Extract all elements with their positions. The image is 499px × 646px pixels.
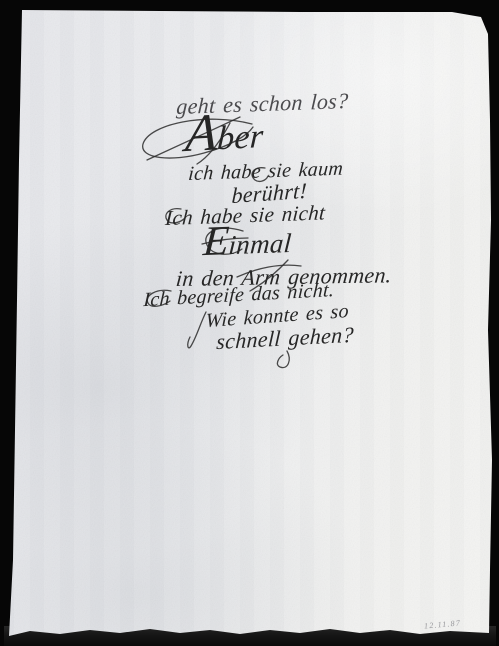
paper-sheet: geht es schon los? Aber ich habe sie kau… [0, 0, 499, 646]
photo-background: geht es schon los? Aber ich habe sie kau… [0, 0, 499, 646]
wie-leadin-swash [188, 312, 206, 348]
poem-line-6: Einmal [202, 230, 292, 260]
poem-line-5: Ich habe sie nicht [165, 202, 326, 229]
gehen-g-descender [277, 351, 289, 368]
poem-line-2: Aber [184, 120, 264, 158]
